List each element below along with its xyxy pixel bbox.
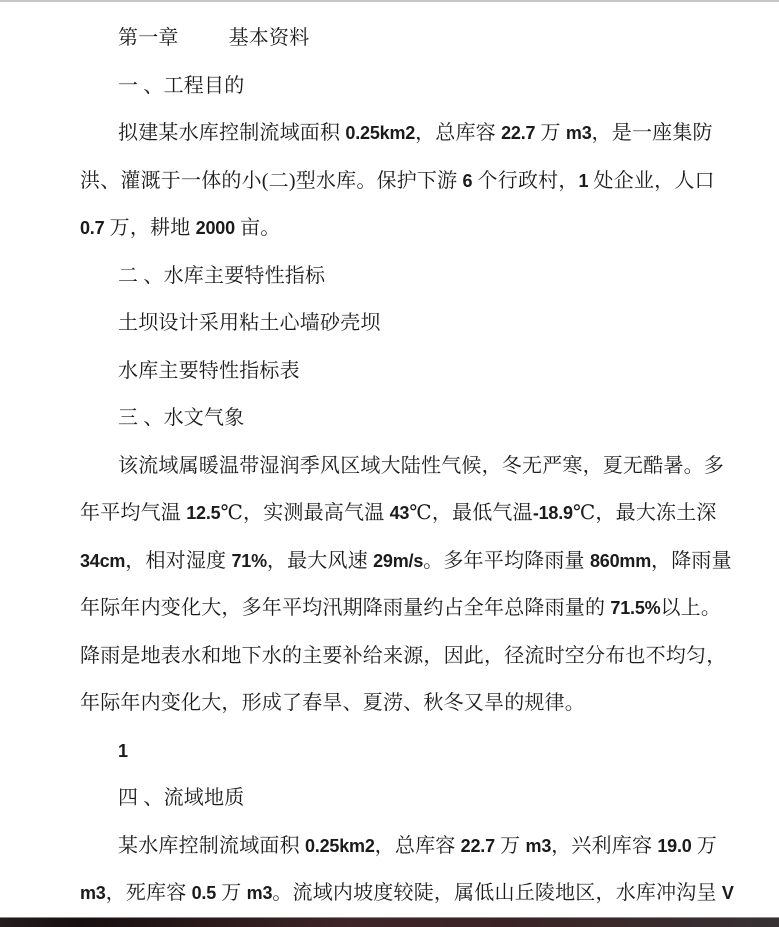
paragraph-line: 该流域属暖温带湿润季风区域大陆性气候，冬无严寒，夏无酷暑。多 xyxy=(80,443,779,491)
document-body: 第一章基本资料 一 、工程目的 拟建某水库控制流域面积 0.25km2，总库容 … xyxy=(0,0,779,918)
chapter-heading: 第一章基本资料 xyxy=(80,15,779,63)
paragraph-line: 年平均气温 12.5℃，实测最高气温 43℃，最低气温-18.9℃，最大冻土深 xyxy=(80,490,779,538)
section-heading-2: 二 、水库主要特性指标 xyxy=(80,253,779,301)
section-heading-1: 一 、工程目的 xyxy=(80,63,779,111)
paragraph-line: 洪、灌溉于一体的小(二)型水库。保护下游 6 个行政村，1 处企业，人口 xyxy=(80,158,779,206)
paragraph-line: 降雨是地表水和地下水的主要补给来源，因此，径流时空分布也不均匀， xyxy=(80,633,779,681)
paragraph-line: 拟建某水库控制流域面积 0.25km2，总库容 22.7 万 m3，是一座集防 xyxy=(80,110,779,158)
chapter-title: 基本资料 xyxy=(229,27,310,49)
paragraph-line: 年际年内变化大，形成了春旱、夏涝、秋冬又旱的规律。 xyxy=(80,680,779,728)
paragraph-line: 34cm，相对湿度 71%，最大风速 29m/s。多年平均降雨量 860mm，降… xyxy=(80,538,779,586)
page-number: 1 xyxy=(80,728,779,776)
chapter-number: 第一章 xyxy=(118,27,179,49)
paragraph-line: 某水库控制流域面积 0.25km2，总库容 22.7 万 m3，兴利库容 19.… xyxy=(80,823,779,871)
paragraph-line: 0.7 万，耕地 2000 亩。 xyxy=(80,205,779,253)
section-heading-3: 三 、水文气象 xyxy=(80,395,779,443)
paragraph-line: 水库主要特性指标表 xyxy=(80,348,779,396)
paragraph-line: 土坝设计采用粘土心墙砂壳坝 xyxy=(80,300,779,348)
bottom-window-edge xyxy=(0,917,779,927)
paragraph-line: 年际年内变化大，多年平均汛期降雨量约占全年总降雨量的 71.5%以上。 xyxy=(80,585,779,633)
document-page: { "document": { "lines": [ { "chapter": … xyxy=(0,0,779,927)
section-heading-4: 四 、流域地质 xyxy=(80,775,779,823)
paragraph-line: m3，死库容 0.5 万 m3。流域内坡度较陡，属低山丘陵地区，水库冲沟呈 V xyxy=(80,870,779,918)
